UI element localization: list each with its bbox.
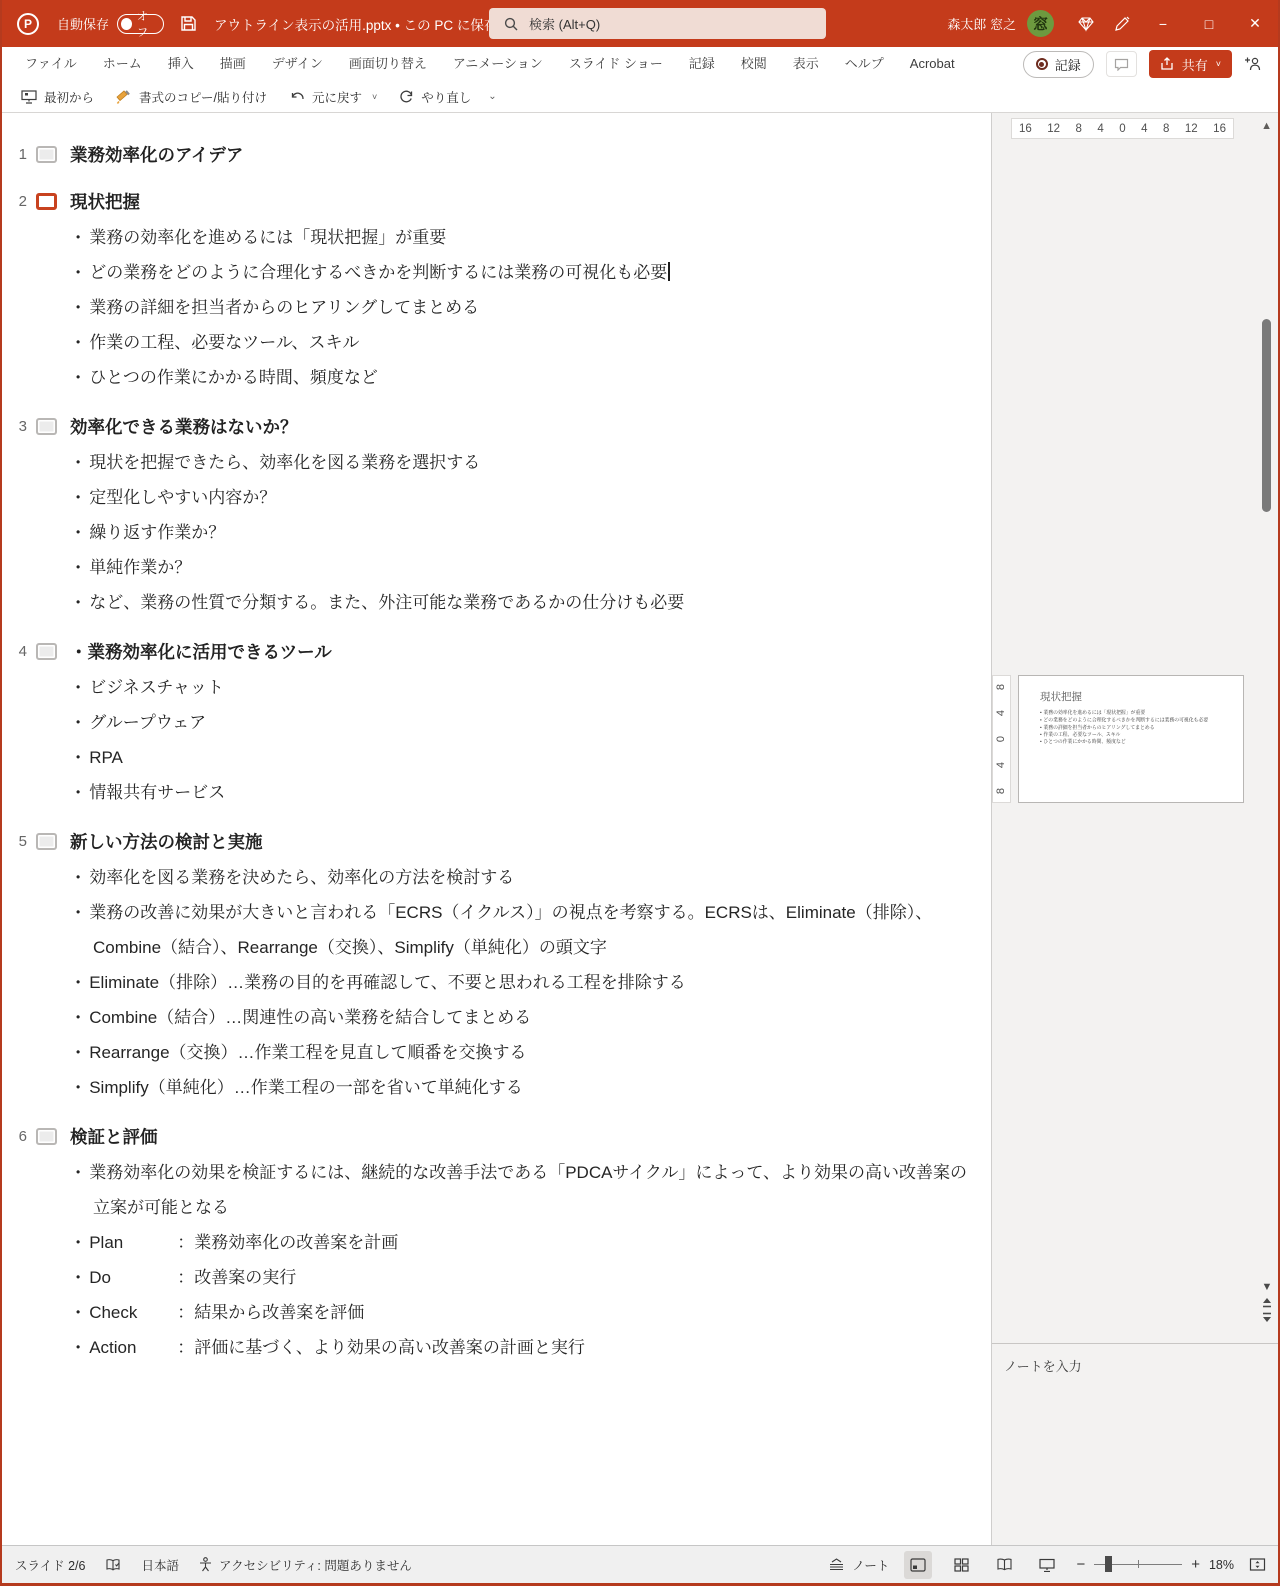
- outline-slide-head: 5新しい方法の検討と実施: [12, 825, 991, 857]
- outline-bullet[interactable]: •作業の工程、必要なツール、スキル: [76, 325, 981, 360]
- bullet-icon: •: [76, 1270, 80, 1284]
- spell-check-icon[interactable]: [105, 1558, 121, 1572]
- bullet-text: 情報共有サービス: [89, 783, 225, 802]
- accessibility-status[interactable]: アクセシビリティ: 問題ありません: [199, 1556, 412, 1574]
- main-area: 1業務効率化のアイデア2現状把握•業務の効率化を進めるには「現状把握」が重要•ど…: [2, 113, 1278, 1545]
- ribbon-tab-5[interactable]: 画面切り替え: [336, 47, 440, 81]
- outline-slide-head: 3効率化できる業務はないか？: [12, 410, 991, 442]
- slide-icon[interactable]: [36, 1128, 57, 1145]
- bullet-icon: •: [76, 230, 80, 244]
- slideshow-from-start-icon: [21, 89, 37, 104]
- save-icon[interactable]: [180, 15, 197, 32]
- search-input[interactable]: 検索 (Alt+Q): [489, 8, 826, 39]
- bullet-icon: •: [76, 525, 80, 539]
- bullet-icon: •: [76, 455, 80, 469]
- zoom-slider-tick: [1138, 1560, 1139, 1568]
- ribbon-tab-3[interactable]: 描画: [207, 47, 259, 81]
- bullet-icon: •: [76, 1045, 80, 1059]
- preview-bullet-text: 業務の詳細を担当者からのヒアリングしてまとめる: [1043, 724, 1154, 730]
- outline-slide-head: 2現状把握: [12, 185, 991, 217]
- bullet-text: Combine（結合）…関連性の高い業務を結合してまとめる: [89, 1008, 531, 1027]
- ribbon-tab-2[interactable]: 挿入: [155, 47, 207, 81]
- zoom-out-button[interactable]: −: [1076, 1556, 1085, 1573]
- bullet-icon: •: [76, 870, 80, 884]
- outline-bullet[interactable]: •ビジネスチャット: [76, 670, 981, 705]
- outline-slide-2: 2現状把握•業務の効率化を進めるには「現状把握」が重要•どの業務をどのように合理…: [12, 185, 991, 395]
- slide-nav-buttons: ▼: [1261, 1281, 1273, 1323]
- maximize-button[interactable]: □: [1186, 0, 1232, 47]
- slide-title-text[interactable]: 検証と評価: [70, 1124, 158, 1149]
- outline-bullet[interactable]: •など、業務の性質で分類する。また、外注可能な業務であるかの仕分けも必要: [76, 585, 981, 620]
- undo-label: 元に戻す: [312, 88, 362, 106]
- outline-slide-6: 6検証と評価•業務効率化の効果を検証するには、継続的な改善手法である「PDCAサ…: [12, 1120, 991, 1365]
- ruler-number: 0: [1119, 123, 1125, 135]
- zoom-control: − + 18%: [1076, 1556, 1234, 1573]
- scroll-down-arrow-icon[interactable]: ▼: [1262, 1281, 1273, 1293]
- record-icon: [1036, 58, 1048, 70]
- ruler-number: 8: [996, 684, 1008, 690]
- slide-number: 6: [12, 1128, 27, 1145]
- slide-sorter-view-button[interactable]: [947, 1551, 975, 1579]
- preview-bullet: •業務の詳細を担当者からのヒアリングしてまとめる: [1040, 724, 1222, 731]
- outline-bullet[interactable]: •グループウェア: [76, 705, 981, 740]
- preview-bullet-text: 業務の効率化を進めるには「現状把握」が重要: [1043, 710, 1145, 716]
- share-icon: [1160, 57, 1174, 71]
- horizontal-ruler: 1612840481216: [1011, 118, 1234, 139]
- reading-view-button[interactable]: [990, 1551, 1018, 1579]
- preview-bullet: •業務の効率化を進めるには「現状把握」が重要: [1040, 709, 1222, 716]
- ruler-number: 4: [1141, 123, 1147, 135]
- bullet-text: 業務の改善に効果が大きいと言われる「ECRS（イクルス）」の視点を考察する。EC…: [89, 903, 932, 957]
- ruler-number: 4: [1097, 123, 1103, 135]
- bullet-text: 単純作業か？: [89, 558, 191, 577]
- bullet-term: Plan: [89, 1225, 177, 1260]
- bullet-text: 業務の効率化を進めるには「現状把握」が重要: [89, 228, 446, 247]
- bullet-icon: •: [76, 370, 80, 384]
- title-bar: P 自動保存 オフ アウトライン表示の活用.pptx • この PC に保存済み…: [2, 0, 1278, 47]
- bullet-text: グループウェア: [89, 713, 206, 732]
- undo-icon: [289, 90, 305, 104]
- status-bar: スライド 2/6 日本語 アクセシビリティ: 問題ありません ノート: [2, 1545, 1278, 1583]
- bullet-icon: •: [1040, 731, 1042, 737]
- chevron-down-icon[interactable]: ˅: [372, 92, 377, 102]
- comment-icon: [1114, 58, 1129, 71]
- bullet-text: ：結果から改善案を評価: [177, 1303, 364, 1322]
- notes-toggle-button[interactable]: ノート: [828, 1556, 889, 1574]
- bullet-icon: •: [76, 1340, 80, 1354]
- normal-view-button[interactable]: [904, 1551, 932, 1579]
- bullet-icon: •: [76, 785, 80, 799]
- outline-slide-4: 4・業務効率化に活用できるツール•ビジネスチャット•グループウェア•RPA•情報…: [12, 635, 991, 810]
- user-name[interactable]: 森太郎 窓之: [947, 14, 1016, 33]
- ribbon-tab-7[interactable]: スライド ショー: [556, 47, 676, 81]
- undo-button[interactable]: 元に戻す ˅: [278, 88, 388, 106]
- bullet-icon: •: [76, 490, 80, 504]
- outline-bullet[interactable]: •RPA: [76, 740, 981, 775]
- outline-bullet[interactable]: •業務の効率化を進めるには「現状把握」が重要: [76, 220, 981, 255]
- slide-number: 2: [12, 193, 27, 210]
- outline-bullet[interactable]: •単純作業か？: [76, 550, 981, 585]
- bullet-icon: •: [76, 1235, 80, 1249]
- outline-bullet[interactable]: •Rearrange（交換）…作業工程を見直して順番を交換する: [76, 1035, 981, 1070]
- zoom-slider[interactable]: [1094, 1564, 1182, 1565]
- bullet-icon: •: [1040, 717, 1042, 723]
- slide-number: 1: [12, 146, 27, 163]
- ruler-number: 4: [996, 710, 1008, 716]
- redo-button[interactable]: やり直し: [388, 88, 482, 106]
- search-placeholder: 検索 (Alt+Q): [529, 14, 600, 33]
- outline-slide-head: 1業務効率化のアイデア: [12, 138, 991, 170]
- autosave-toggle[interactable]: 自動保存 オフ: [57, 14, 164, 34]
- bullet-icon: •: [76, 715, 80, 729]
- bullet-text: 現状を把握できたら、効率化を図る業務を選択する: [89, 453, 480, 472]
- notes-toggle-label: ノート: [852, 1556, 889, 1574]
- bullet-text: Simplify（単純化）…作業工程の一部を省いて単純化する: [89, 1078, 523, 1097]
- outline-bullet[interactable]: •Plan：業務効率化の改善案を計画: [76, 1225, 981, 1260]
- bullet-text: 効率化を図る業務を決めたら、効率化の方法を検討する: [89, 868, 514, 887]
- autosave-label: 自動保存: [57, 14, 109, 33]
- bullet-text: ：評価に基づく、より効果の高い改善案の計画と実行: [177, 1338, 585, 1357]
- vertical-ruler: 84048: [992, 675, 1011, 803]
- outline-bullet[interactable]: •Simplify（単純化）…作業工程の一部を省いて単純化する: [76, 1070, 981, 1105]
- notes-pane[interactable]: ノートを入力: [992, 1343, 1278, 1545]
- bullet-icon: •: [1040, 739, 1042, 745]
- bullet-text: ：業務効率化の改善案を計画: [177, 1233, 398, 1252]
- bullet-text: など、業務の性質で分類する。また、外注可能な業務であるかの仕分けも必要: [89, 593, 684, 612]
- slideshow-view-button[interactable]: [1033, 1551, 1061, 1579]
- toggle-knob-icon: [121, 18, 132, 30]
- slide-title-text[interactable]: 新しい方法の検討と実施: [70, 829, 263, 854]
- outline-pane[interactable]: 1業務効率化のアイデア2現状把握•業務の効率化を進めるには「現状把握」が重要•ど…: [2, 113, 991, 1545]
- quick-access-toolbar: 最初から 書式のコピー/貼り付け 元に戻す ˅ やり直し ⌄: [2, 81, 1278, 113]
- preview-bullet-text: ひとつの作業にかかる時間、頻度など: [1043, 739, 1125, 745]
- ruler-number: 12: [1185, 123, 1198, 135]
- outline-slide-3: 3効率化できる業務はないか？•現状を把握できたら、効率化を図る業務を選択する•定…: [12, 410, 991, 620]
- bullet-text: どの業務をどのように合理化するべきかを判断するには業務の可視化も必要: [89, 263, 667, 282]
- accessibility-icon: [199, 1557, 212, 1572]
- slide-title-text[interactable]: ・業務効率化に活用できるツール: [70, 639, 332, 664]
- bullet-icon: •: [76, 265, 80, 279]
- slide-title-text[interactable]: 効率化できる業務はないか？: [70, 414, 298, 439]
- preview-bullet: •どの業務をどのように合理化するべきかを判断するには業務の可視化も必要: [1040, 716, 1222, 723]
- bullet-icon: •: [76, 300, 80, 314]
- vertical-scrollbar-thumb[interactable]: [1262, 319, 1271, 512]
- accessibility-label: アクセシビリティ: 問題ありません: [219, 1556, 412, 1574]
- from-beginning-label: 最初から: [44, 88, 94, 106]
- preview-bullet: •ひとつの作業にかかる時間、頻度など: [1040, 738, 1222, 745]
- powerpoint-window: P 自動保存 オフ アウトライン表示の活用.pptx • この PC に保存済み…: [0, 0, 1280, 1586]
- ribbon-tab-4[interactable]: デザイン: [259, 47, 336, 81]
- outline-bullet[interactable]: •情報共有サービス: [76, 775, 981, 810]
- slide-icon[interactable]: [36, 643, 57, 660]
- slide-icon[interactable]: [36, 193, 57, 210]
- outline-bullet[interactable]: •Combine（結合）…関連性の高い業務を結合してまとめる: [76, 1000, 981, 1035]
- bullet-text: 作業の工程、必要なツール、スキル: [89, 333, 359, 352]
- notes-icon: [828, 1558, 845, 1571]
- bullet-icon: •: [76, 1305, 80, 1319]
- diamond-icon[interactable]: [1068, 0, 1104, 47]
- outline-slide-1: 1業務効率化のアイデア: [12, 138, 991, 170]
- bullet-text: ：改善案の実行: [177, 1268, 296, 1287]
- chevron-down-icon: ˅: [1216, 59, 1221, 69]
- ribbon-tab-1[interactable]: ホーム: [90, 47, 155, 81]
- slide-body: •業務の効率化を進めるには「現状把握」が重要•どの業務をどのように合理化するべき…: [1040, 709, 1222, 745]
- ruler-number: 8: [1076, 123, 1082, 135]
- bullet-text: 定型化しやすい内容か？: [89, 488, 276, 507]
- outline-slide-5: 5新しい方法の検討と実施•効率化を図る業務を決めたら、効率化の方法を検討する•業…: [12, 825, 991, 1105]
- ruler-number: 0: [996, 736, 1008, 742]
- slide-canvas[interactable]: 現状把握 •業務の効率化を進めるには「現状把握」が重要•どの業務をどのように合理…: [1018, 675, 1244, 803]
- document-title-text: アウトライン表示の活用.pptx • この PC に保存済み: [214, 14, 524, 34]
- slide-number: 3: [12, 418, 27, 435]
- bullet-icon: •: [76, 560, 80, 574]
- slide-number: 5: [12, 833, 27, 850]
- bullet-text: Rearrange（交換）…作業工程を見直して順番を交換する: [89, 1043, 526, 1062]
- ruler-number: 8: [996, 788, 1008, 794]
- bullet-icon: •: [76, 1010, 80, 1024]
- redo-label: やり直し: [421, 88, 471, 106]
- slide-number: 4: [12, 643, 27, 660]
- preview-bullet: •作業の工程、必要なツール、スキル: [1040, 731, 1222, 738]
- bullet-icon: •: [76, 680, 80, 694]
- bullet-icon: •: [1040, 710, 1042, 716]
- notes-placeholder: ノートを入力: [1004, 1359, 1082, 1374]
- ribbon-tabs: ファイルホーム挿入描画デザイン画面切り替えアニメーションスライド ショー記録校閲…: [12, 47, 968, 81]
- preview-bullet-text: 作業の工程、必要なツール、スキル: [1043, 731, 1120, 737]
- ribbon-tab-8[interactable]: 記録: [676, 47, 728, 81]
- minimize-button[interactable]: −: [1140, 0, 1186, 47]
- bullet-icon: •: [76, 975, 80, 989]
- outline-bullet[interactable]: •Eliminate（排除）…業務の目的を再確認して、不要と思われる工程を排除す…: [76, 965, 981, 1000]
- ruler-number: 16: [1019, 123, 1032, 135]
- avatar[interactable]: 窓: [1027, 10, 1054, 37]
- ribbon-tab-0[interactable]: ファイル: [12, 47, 90, 81]
- outline-bullet[interactable]: •Do：改善案の実行: [76, 1260, 981, 1295]
- outline-bullet[interactable]: •業務の改善に効果が大きいと言われる「ECRS（イクルス）」の視点を考察する。E…: [76, 895, 981, 965]
- slide-pane: 1612840481216 ▲ 84048 現状把握 •業務の効率化を進めるには…: [991, 113, 1278, 1545]
- bullet-term: Check: [89, 1295, 177, 1330]
- language-indicator[interactable]: 日本語: [141, 1556, 179, 1574]
- outline-bullet[interactable]: •Check：結果から改善案を評価: [76, 1295, 981, 1330]
- ruler-number: 4: [996, 762, 1008, 768]
- qat-overflow-chevron-icon[interactable]: ⌄: [488, 91, 496, 102]
- format-painter-icon: [116, 89, 132, 104]
- slide-title-text[interactable]: 業務効率化のアイデア: [70, 142, 243, 167]
- text-cursor: [668, 262, 670, 281]
- outline-slide-head: 6検証と評価: [12, 1120, 991, 1152]
- bullet-text: Eliminate（排除）…業務の目的を再確認して、不要と思われる工程を排除する: [89, 973, 686, 992]
- ribbon-tab-9[interactable]: 校閲: [728, 47, 780, 81]
- pen-icon[interactable]: [1104, 0, 1140, 47]
- slide-counter[interactable]: スライド 2/6: [15, 1556, 85, 1574]
- slide-icon[interactable]: [36, 833, 57, 850]
- redo-icon: [399, 89, 414, 104]
- bullet-text: ひとつの作業にかかる時間、頻度など: [89, 368, 378, 387]
- close-button[interactable]: ✕: [1232, 0, 1278, 47]
- powerpoint-app-icon[interactable]: P: [17, 13, 39, 35]
- outline-bullet[interactable]: •Action：評価に基づく、より効果の高い改善案の計画と実行: [76, 1330, 981, 1365]
- slide-icon[interactable]: [36, 146, 57, 163]
- format-painter-label: 書式のコピー/貼り付け: [139, 88, 267, 106]
- bullet-icon: •: [1040, 724, 1042, 730]
- fit-slide-to-window-icon[interactable]: [1249, 1557, 1266, 1572]
- previous-slide-icon[interactable]: [1261, 1297, 1273, 1308]
- present-to-people-icon[interactable]: [1244, 56, 1262, 72]
- from-beginning-button[interactable]: 最初から: [10, 88, 105, 106]
- outline-bullet[interactable]: •効率化を図る業務を決めたら、効率化の方法を検討する: [76, 860, 981, 895]
- outline-bullet[interactable]: •定型化しやすい内容か？: [76, 480, 981, 515]
- outline-bullet[interactable]: •どの業務をどのように合理化するべきかを判断するには業務の可視化も必要: [76, 255, 981, 290]
- bullet-text: 業務の詳細を担当者からのヒアリングしてまとめる: [89, 298, 479, 317]
- bullet-icon: •: [76, 1080, 80, 1094]
- record-button[interactable]: 記録: [1023, 51, 1094, 78]
- bullet-term: Action: [89, 1330, 177, 1365]
- autosave-switch[interactable]: オフ: [117, 14, 164, 34]
- ribbon-tab-12[interactable]: Acrobat: [897, 47, 968, 81]
- zoom-slider-thumb[interactable]: [1105, 1556, 1112, 1572]
- ribbon-tab-10[interactable]: 表示: [780, 47, 832, 81]
- bullet-text: ビジネスチャット: [89, 678, 224, 697]
- zoom-in-button[interactable]: +: [1191, 1556, 1200, 1573]
- outline-bullet[interactable]: •業務効率化の効果を検証するには、継続的な改善手法である「PDCAサイクル」によ…: [76, 1155, 981, 1225]
- outline-bullet[interactable]: •業務の詳細を担当者からのヒアリングしてまとめる: [76, 290, 981, 325]
- outline-bullet[interactable]: •繰り返す作業か？: [76, 515, 981, 550]
- outline-bullet[interactable]: •現状を把握できたら、効率化を図る業務を選択する: [76, 445, 981, 480]
- bullet-term: Do: [89, 1260, 177, 1295]
- bullet-icon: •: [76, 1165, 80, 1179]
- comments-button[interactable]: [1106, 51, 1137, 77]
- ruler-number: 12: [1047, 123, 1060, 135]
- ruler-number: 8: [1163, 123, 1169, 135]
- format-painter-button[interactable]: 書式のコピー/貼り付け: [105, 88, 278, 106]
- bullet-text: 業務効率化の効果を検証するには、継続的な改善手法である「PDCAサイクル」によっ…: [89, 1163, 967, 1217]
- record-label: 記録: [1055, 55, 1081, 74]
- bullet-text: RPA: [89, 748, 123, 767]
- bullet-icon: •: [76, 750, 80, 764]
- share-label: 共有: [1182, 55, 1208, 74]
- ruler-number: 16: [1213, 123, 1226, 135]
- search-icon: [504, 17, 518, 31]
- autosave-state: オフ: [137, 8, 157, 40]
- zoom-level[interactable]: 18%: [1209, 1558, 1234, 1572]
- bullet-icon: •: [76, 335, 80, 349]
- ribbon-tab-11[interactable]: ヘルプ: [832, 47, 897, 81]
- share-button[interactable]: 共有 ˅: [1149, 50, 1232, 78]
- next-slide-icon[interactable]: [1261, 1312, 1273, 1323]
- bullet-icon: •: [76, 595, 80, 609]
- bullet-text: 繰り返す作業か？: [89, 523, 225, 542]
- bullet-icon: •: [76, 905, 80, 919]
- preview-bullet-text: どの業務をどのように合理化するべきかを判断するには業務の可視化も必要: [1043, 717, 1208, 723]
- slide-title: 現状把握: [1040, 689, 1243, 704]
- outline-slide-head: 4・業務効率化に活用できるツール: [12, 635, 991, 667]
- slide-icon[interactable]: [36, 418, 57, 435]
- ribbon-tab-6[interactable]: アニメーション: [440, 47, 556, 81]
- scroll-up-arrow-icon[interactable]: ▲: [1261, 120, 1272, 132]
- ribbon-tab-row: ファイルホーム挿入描画デザイン画面切り替えアニメーションスライド ショー記録校閲…: [2, 47, 1278, 81]
- outline-bullet[interactable]: •ひとつの作業にかかる時間、頻度など: [76, 360, 981, 395]
- slide-title-text[interactable]: 現状把握: [70, 189, 140, 214]
